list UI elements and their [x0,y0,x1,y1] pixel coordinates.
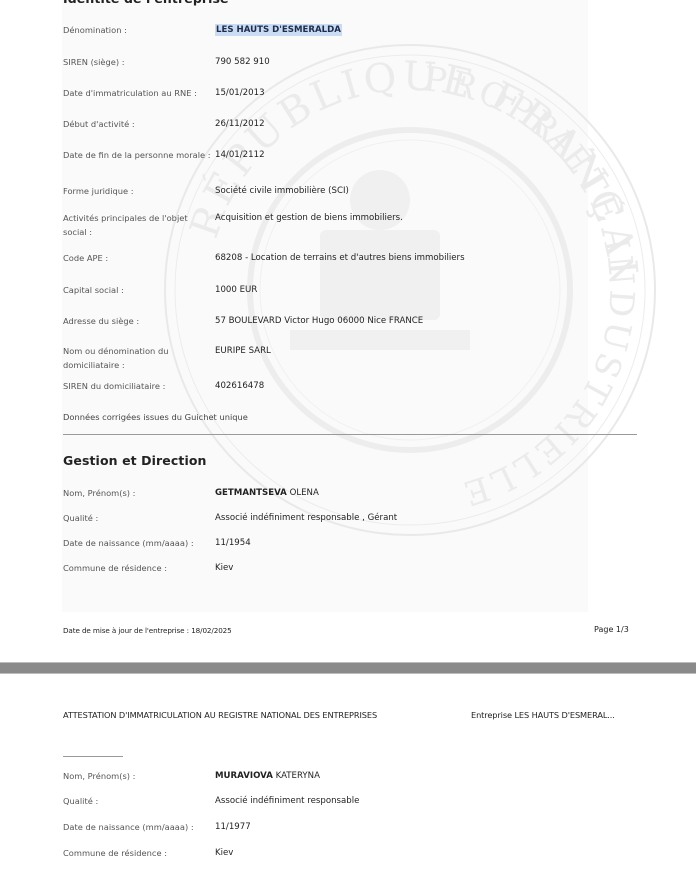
document-page-1: RÉPUBLIQUE FRANÇAISE PROPRIÉTÉ INDUSTRIE… [0,0,696,662]
first-name: KATERYNA [276,771,320,781]
field-label: Commune de résidence : [63,561,211,575]
field-value: 402616478 [215,379,264,393]
field-value: Associé indéfiniment responsable [215,794,359,808]
update-date: Date de mise à jour de l'entreprise : 18… [63,626,232,635]
field-value: Kiev [215,846,233,860]
document-header-title: ATTESTATION D'IMMATRICULATION AU REGISTR… [63,710,377,720]
field-value: 1000 EUR [215,283,257,297]
field-label: Activités principales de l'objet social … [63,211,211,239]
field-value: Société civile immobilière (SCI) [215,184,349,198]
first-name: OLENA [290,488,319,498]
field-label: Date de fin de la personne morale : [63,148,211,162]
field-label: Début d'activité : [63,117,211,131]
field-label: SIREN du domiciliataire : [63,379,211,393]
field-label: Qualité : [63,794,211,808]
field-value: 11/1977 [215,820,251,834]
field-label: Date de naissance (mm/aaaa) : [63,820,211,834]
field-value: Kiev [215,561,233,575]
field-label: SIREN (siège) : [63,55,211,69]
document-header-company: Entreprise LES HAUTS D'ESMERAL... [471,710,615,720]
section-divider [63,434,637,435]
field-value: GETMANTSEVA OLENA [215,486,319,500]
field-label: Forme juridique : [63,184,211,198]
field-value: 15/01/2013 [215,86,265,100]
field-value: 57 BOULEVARD Victor Hugo 06000 Nice FRAN… [215,314,423,328]
field-value: LES HAUTS D'ESMERALDA [215,23,342,37]
field-value: 790 582 910 [215,55,270,69]
field-label: Code APE : [63,251,211,265]
data-source-note: Données corrigées issues du Guichet uniq… [63,412,248,422]
last-name: GETMANTSEVA [215,488,287,498]
field-value: Acquisition et gestion de biens immobili… [215,211,403,225]
field-label: Nom, Prénom(s) : [63,769,211,783]
field-label: Nom ou dénomination du domiciliataire : [63,344,211,372]
section-title-gestion: Gestion et Direction [63,453,207,468]
field-value: EURIPE SARL [215,344,271,358]
field-label: Capital social : [63,283,211,297]
field-value: Associé indéfiniment responsable , Géran… [215,511,397,525]
field-label: Adresse du siège : [63,314,211,328]
field-value: MURAVIOVA KATERYNA [215,769,320,783]
field-value: 26/11/2012 [215,117,265,131]
field-label: Nom, Prénom(s) : [63,486,211,500]
page-separator [0,662,696,674]
document-page-2: ATTESTATION D'IMMATRICULATION AU REGISTR… [0,674,696,874]
field-value: 68208 - Location de terrains et d'autres… [215,251,465,265]
selected-text[interactable]: LES HAUTS D'ESMERALDA [215,24,342,36]
field-label: Dénomination : [63,23,211,37]
field-label: Date de naissance (mm/aaaa) : [63,536,211,550]
field-label: Date d'immatriculation au RNE : [63,86,211,100]
section-title-identite: Identité de l'entreprise [63,0,229,6]
page-number: Page 1/3 [594,625,629,634]
field-label: Qualité : [63,511,211,525]
field-value: 11/1954 [215,536,251,550]
field-label: Commune de résidence : [63,846,211,860]
short-divider [63,756,123,757]
last-name: MURAVIOVA [215,771,273,781]
field-value: 14/01/2112 [215,148,265,162]
